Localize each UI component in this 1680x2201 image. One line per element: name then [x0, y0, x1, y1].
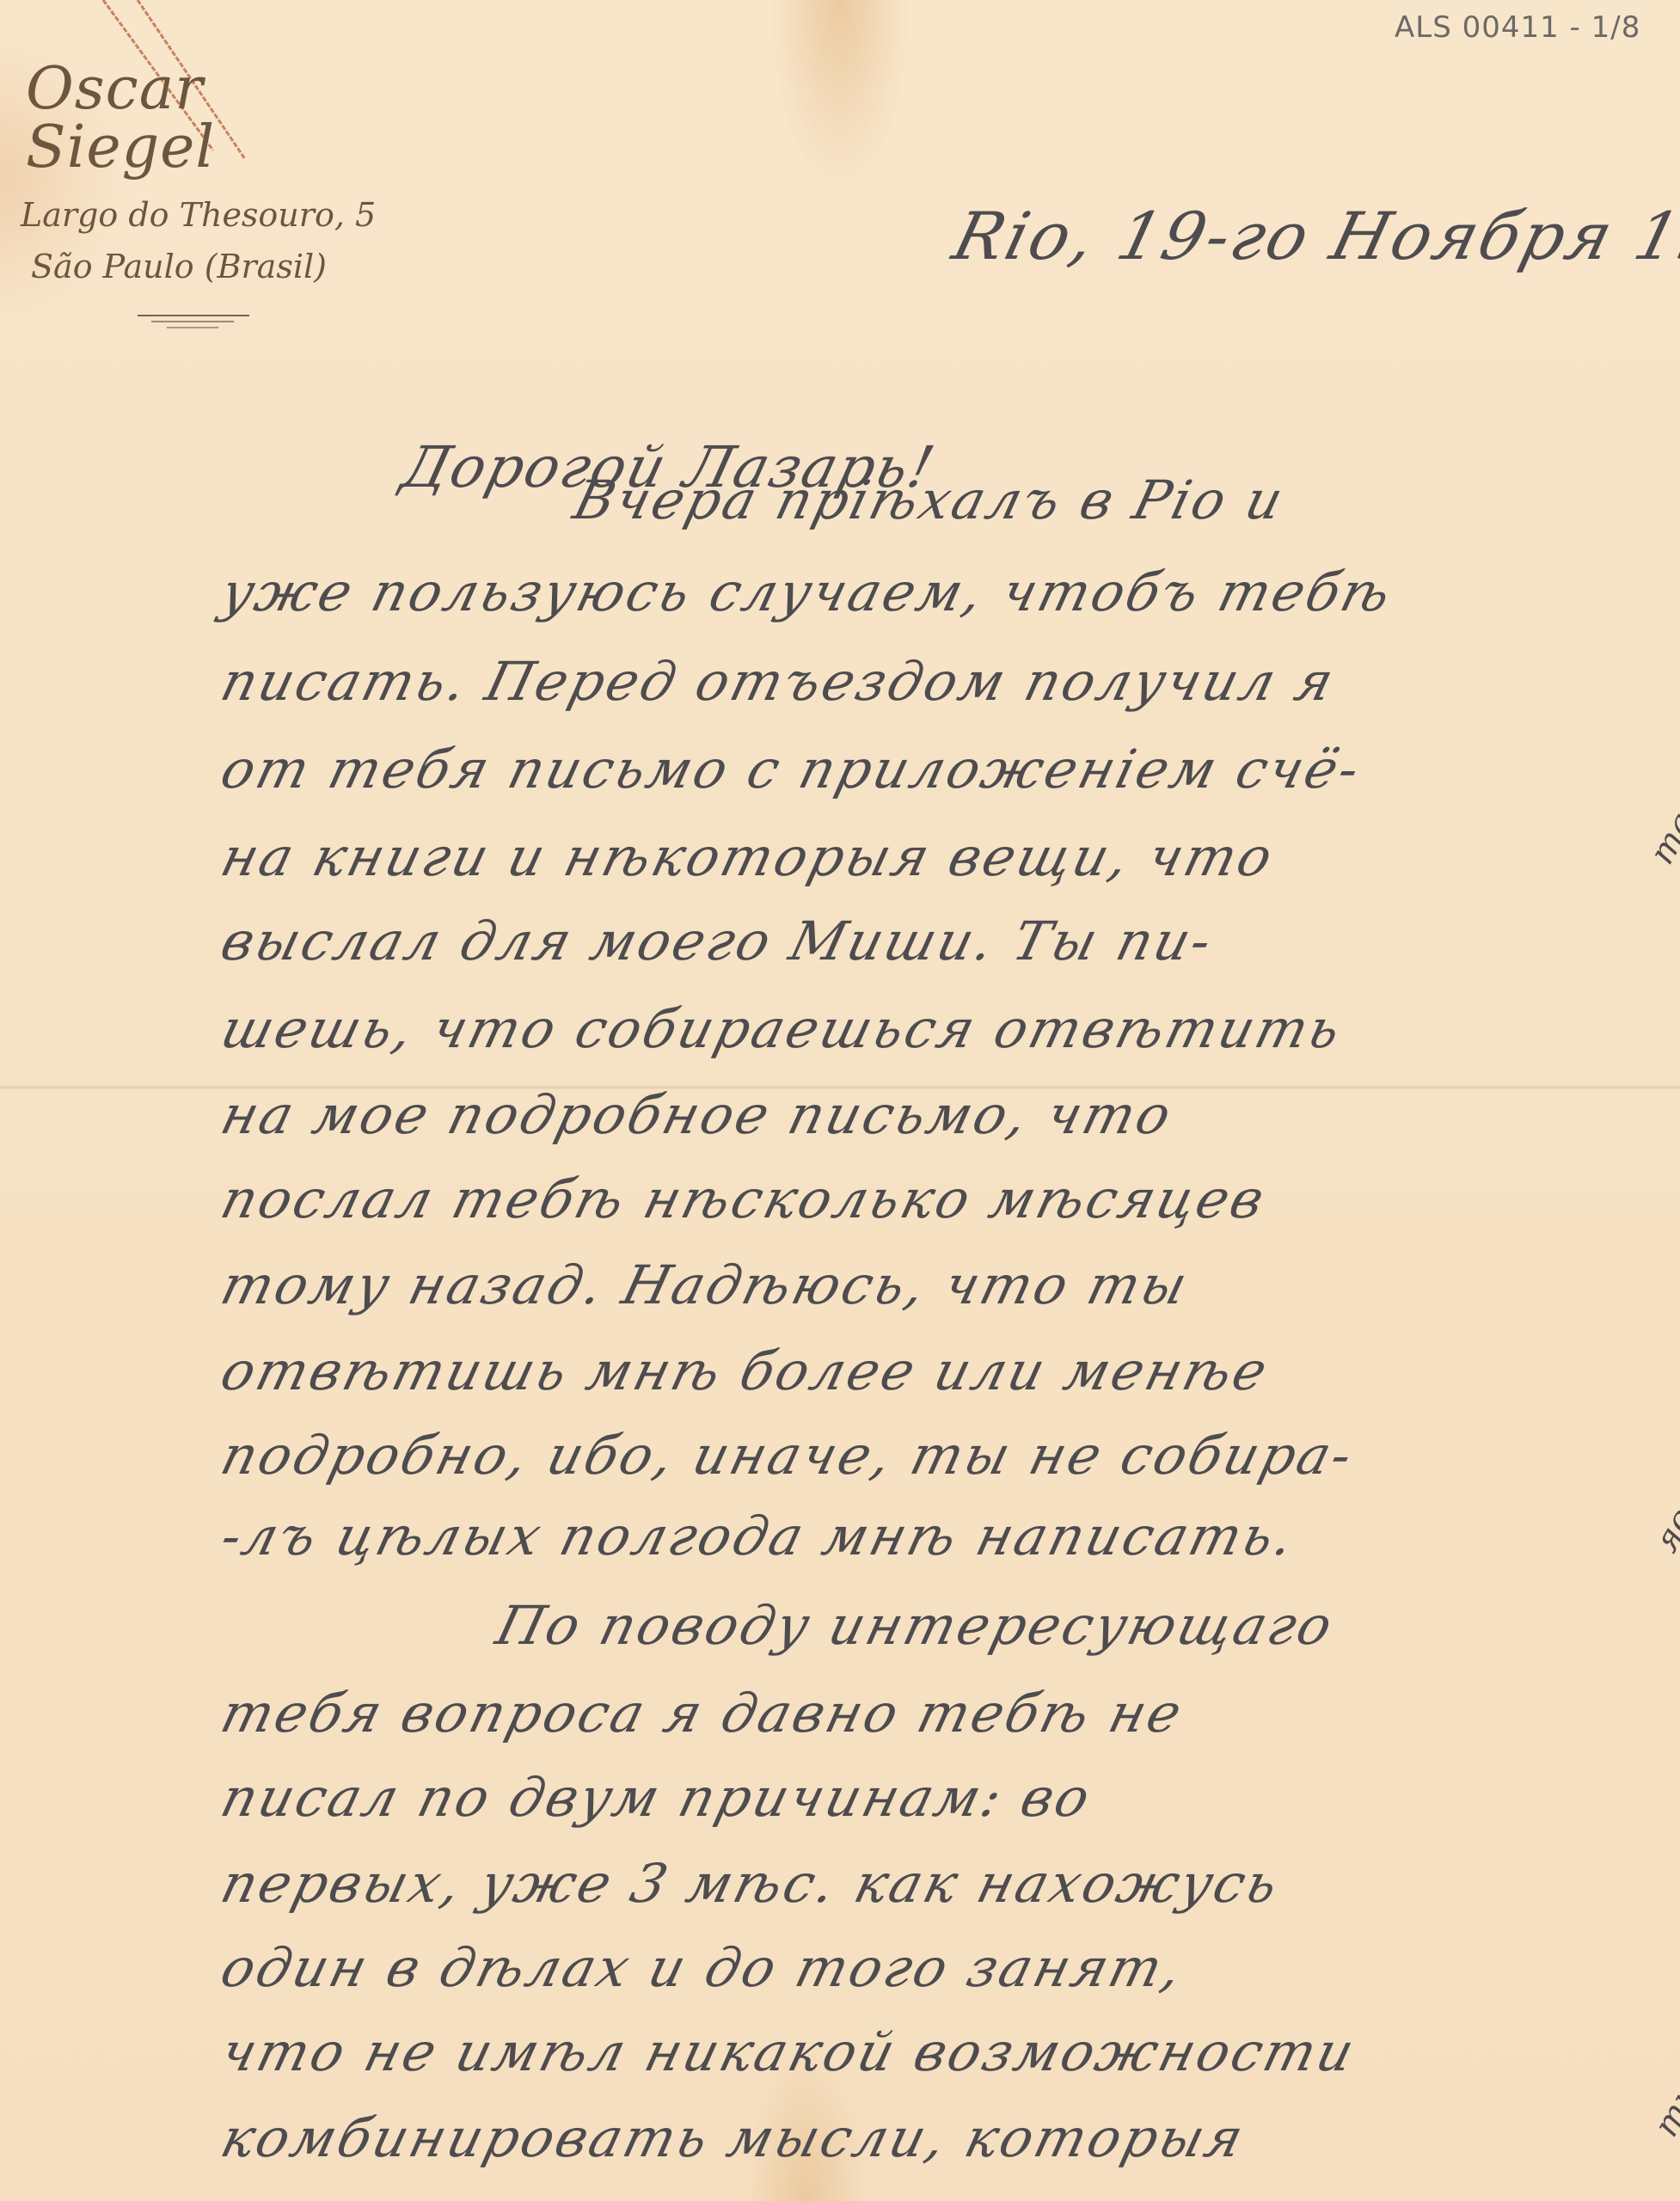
letter-line: тому назад. Надѣюсь, что ты — [215, 1254, 1196, 1316]
letter-line: что не имѣл никакой возможности — [215, 2020, 1363, 2083]
letter-line: один в дѣлах и до того занят, — [215, 1936, 1191, 1999]
letter-line: тебя вопроса я давно тебѣ не — [215, 1682, 1190, 1744]
margin-note: та — [1642, 805, 1680, 871]
letter-line: подробно, ибо, иначе, ты не собира- — [215, 1424, 1361, 1487]
letter-line: комбинировать мысли, которыя — [215, 2106, 1252, 2169]
archive-label: ALS 00411 - 1/8 — [1395, 10, 1640, 45]
letter-line: -лъ цѣлых полгода мнѣ написать. — [215, 1505, 1303, 1567]
letter-line: писал по двум причинам: во — [215, 1766, 1099, 1829]
letter-line: выслал для моего Миши. Ты пи- — [215, 910, 1220, 972]
letter-line: первых, уже 3 мѣс. как нахожусь — [215, 1852, 1286, 1915]
letter-date: Rio, 19-го Ноября 1921 — [946, 198, 1680, 274]
letterhead-street: Largo do Thesouro, 5 — [21, 196, 395, 234]
letter-page: Oscar Siegel Largo do Thesouro, 5 São Pa… — [0, 0, 1680, 2201]
letter-line: на мое подробное письмо, что — [215, 1083, 1180, 1146]
margin-note: ти — [1646, 2076, 1680, 2143]
letterhead-city: São Paulo (Brasil) — [31, 248, 395, 285]
letter-line: Вчера пріѣхалъ в Рiо и — [567, 469, 1291, 531]
margin-note: ясь — [1646, 1487, 1680, 1559]
letter-line: уже пользуюсь случаем, чтобъ тебѣ — [215, 561, 1400, 623]
letter-line: отвѣтишь мнѣ более или менѣе — [215, 1340, 1276, 1402]
letter-line: послал тебѣ нѣсколько мѣсяцев — [215, 1168, 1272, 1230]
letterhead-name: Oscar Siegel — [26, 60, 395, 177]
letter-line: на книги и нѣкоторыя вещи, что — [215, 825, 1281, 888]
letter-line: По поводу интересующаго — [490, 1594, 1341, 1657]
letterhead-divider — [138, 315, 249, 328]
letter-line: от тебя письмо с приложеніем счё- — [215, 738, 1368, 800]
letter-line: писать. Перед отъездом получил я — [215, 650, 1342, 713]
letter-line: шешь, что собираешься отвѣтить — [215, 997, 1349, 1060]
letterhead: Oscar Siegel Largo do Thesouro, 5 São Pa… — [17, 60, 395, 333]
